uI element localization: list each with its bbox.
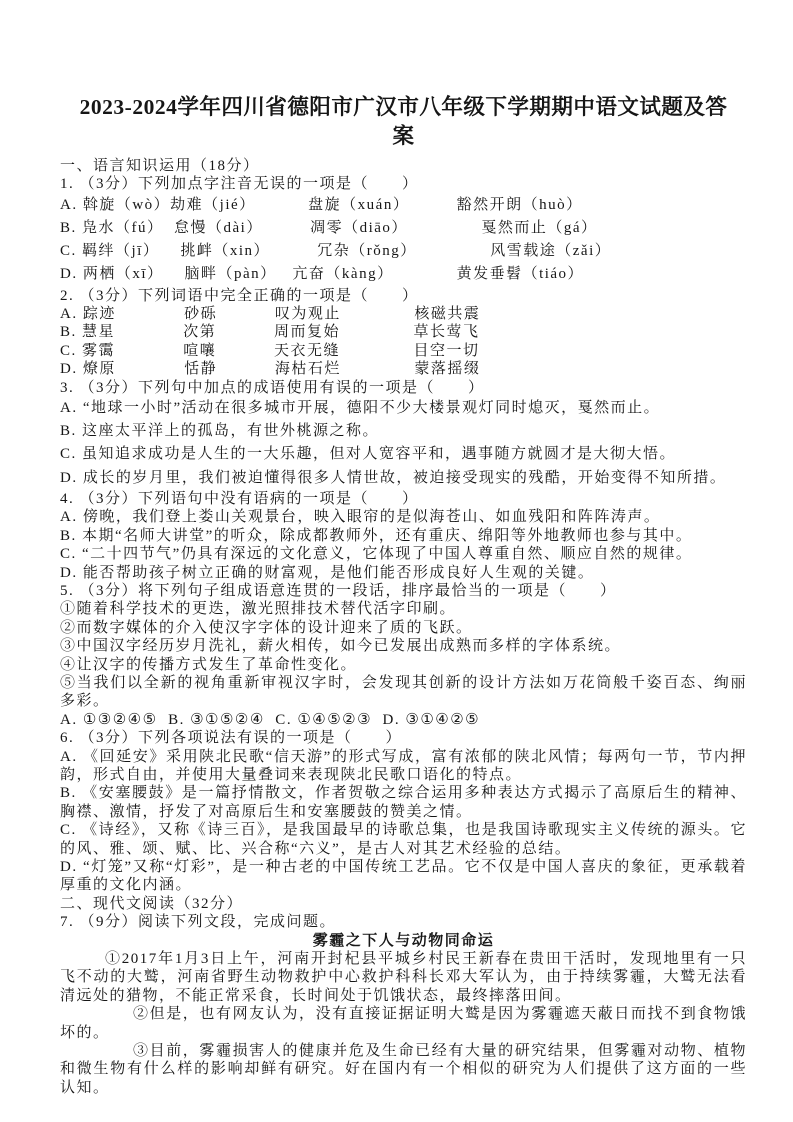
question-2-option-c: C. 雾霭 喧嚷 天衣无缝 目空一切 [60, 342, 747, 360]
question-5-sentence-1: ①随着科学技术的更迭，激光照排技术替代活字印刷。 [60, 600, 747, 618]
question-3-option-d: D. 成长的岁月里，我们被迫懂得很多人情世故，被迫接受现实的残酷，开始变得不知所… [60, 467, 747, 490]
question-2-stem: 2. （3分）下列词语中完全正确的一项是（ ） [60, 287, 747, 305]
question-7-stem: 7. （9分）阅读下列文段，完成问题。 [60, 913, 747, 931]
question-4-option-d: D. 能否帮助孩子树立正确的财富观，是他们能否形成良好人生观的关键。 [60, 564, 747, 582]
section-2-heading: 二、现代文阅读（32分） [60, 895, 747, 913]
exam-document-page: 2023-2024学年四川省德阳市广汉市八年级下学期期中语文试题及答案 一、语言… [0, 0, 793, 1122]
question-4-option-c: C. “二十四节气”仍具有深远的文化意义，它体现了中国人尊重自然、顺应自然的规律… [60, 545, 747, 563]
question-4-stem: 4. （3分）下列语句中没有语病的一项是（ ） [60, 490, 747, 508]
question-4-option-a: A. 傍晚，我们登上娄山关观景台，映入眼帘的是似海苍山、如血残阳和阵阵涛声。 [60, 508, 747, 526]
question-3-stem: 3. （3分）下列句中加点的成语使用有误的一项是（ ） [60, 379, 747, 397]
question-2-option-a: A. 踪迹 砂砾 叹为观止 核磁共震 [60, 305, 747, 323]
passage-paragraph-2: ②但是，也有网友认为，没有直接证据证明大鹫是因为雾霾遮天蔽日而找不到食物饿坏的。 [60, 1005, 747, 1042]
question-3-option-c: C. 虽知追求成功是人生的一大乐趣，但对人宽容平和，遇事随方就圆才是大彻大悟。 [60, 443, 747, 466]
question-3-option-b: B. 这座太平洋上的孤岛，有世外桃源之称。 [60, 420, 747, 443]
question-5-sentence-5: ⑤当我们以全新的视角重新审视汉字时，会发现其创新的设计方法如万花筒般千姿百态、绚… [60, 674, 747, 711]
question-5-sentence-2: ②而数字媒体的介入使汉字字体的设计迎来了质的飞跃。 [60, 619, 747, 637]
question-4-option-b: B. 本期“名师大讲堂”的听众，除成都教师外，还有重庆、绵阳等外地教师也参与其中… [60, 527, 747, 545]
question-6-option-c: C. 《诗经》，又称《诗三百》，是我国最早的诗歌总集，也是我国诗歌现实主义传统的… [60, 821, 747, 858]
question-2-option-d: D. 燎原 恬静 海枯石烂 蒙落摇缀 [60, 360, 747, 378]
question-5-answer-options: A. ①③②④⑤ B. ③①⑤②④ C. ①④⑤②③ D. ③①④②⑤ [60, 711, 747, 729]
question-6-option-b: B. 《安塞腰鼓》是一篇抒情散文，作者贺敬之综合运用多种表达方式揭示了高原后生的… [60, 784, 747, 821]
passage-title: 雾霾之下人与动物同命运 [60, 932, 747, 950]
question-2-option-b: B. 慧星 次第 周而复始 草长莺飞 [60, 323, 747, 341]
passage-paragraph-3: ③目前，雾霾损害人的健康并危及生命已经有大量的研究结果，但雾霾对动物、植物和微生… [60, 1042, 747, 1097]
question-1-option-d: D. 两栖（xī） 脑畔（pàn） 亢奋（kàng） 黄发垂髫（tiáo） [60, 263, 747, 286]
question-3-option-a: A. “地球一小时”活动在很多城市开展，德阳不少大楼景观灯同时熄灭，戛然而止。 [60, 397, 747, 420]
question-5-sentence-3: ③中国汉字经历岁月洗礼，薪火相传，如今已发展出成熟而多样的字体系统。 [60, 637, 747, 655]
section-1-heading: 一、语言知识运用（18分） [60, 157, 747, 175]
question-1-option-c: C. 羁绊（jī） 挑衅（xin） 冗杂（rǒng） 风雪载途（zǎi） [60, 240, 747, 263]
exam-title: 2023-2024学年四川省德阳市广汉市八年级下学期期中语文试题及答案 [72, 93, 736, 151]
question-1-option-b: B. 凫水（fú） 怠慢（dài） 凋零（diāo） 戛然而止（gá） [60, 217, 747, 240]
question-5-stem: 5. （3分）将下列句子组成语意连贯的一段话，排序最恰当的一项是（ ） [60, 582, 747, 600]
question-1-option-a: A. 斡旋（wò）劫难（jié） 盘旋（xuán） 豁然开朗（huò） [60, 194, 747, 217]
passage-paragraph-1: ①2017年1月3日上午，河南开封杞县平城乡村民王新春在贵田干活时，发现地里有一… [60, 950, 747, 1005]
question-5-sentence-4: ④让汉字的传播方式发生了革命性变化。 [60, 656, 747, 674]
question-6-option-a: A. 《回延安》采用陕北民歌“信天游”的形式写成，富有浓郁的陕北风情；每两句一节… [60, 748, 747, 785]
question-6-stem: 6. （3分）下列各项说法有误的一项是（ ） [60, 729, 747, 747]
question-1-stem: 1. （3分）下列加点字注音无误的一项是（ ） [60, 175, 747, 193]
question-6-option-d: D. “灯笼”又称“灯彩”，是一种古老的中国传统工艺品。它不仅是中国人喜庆的象征… [60, 858, 747, 895]
